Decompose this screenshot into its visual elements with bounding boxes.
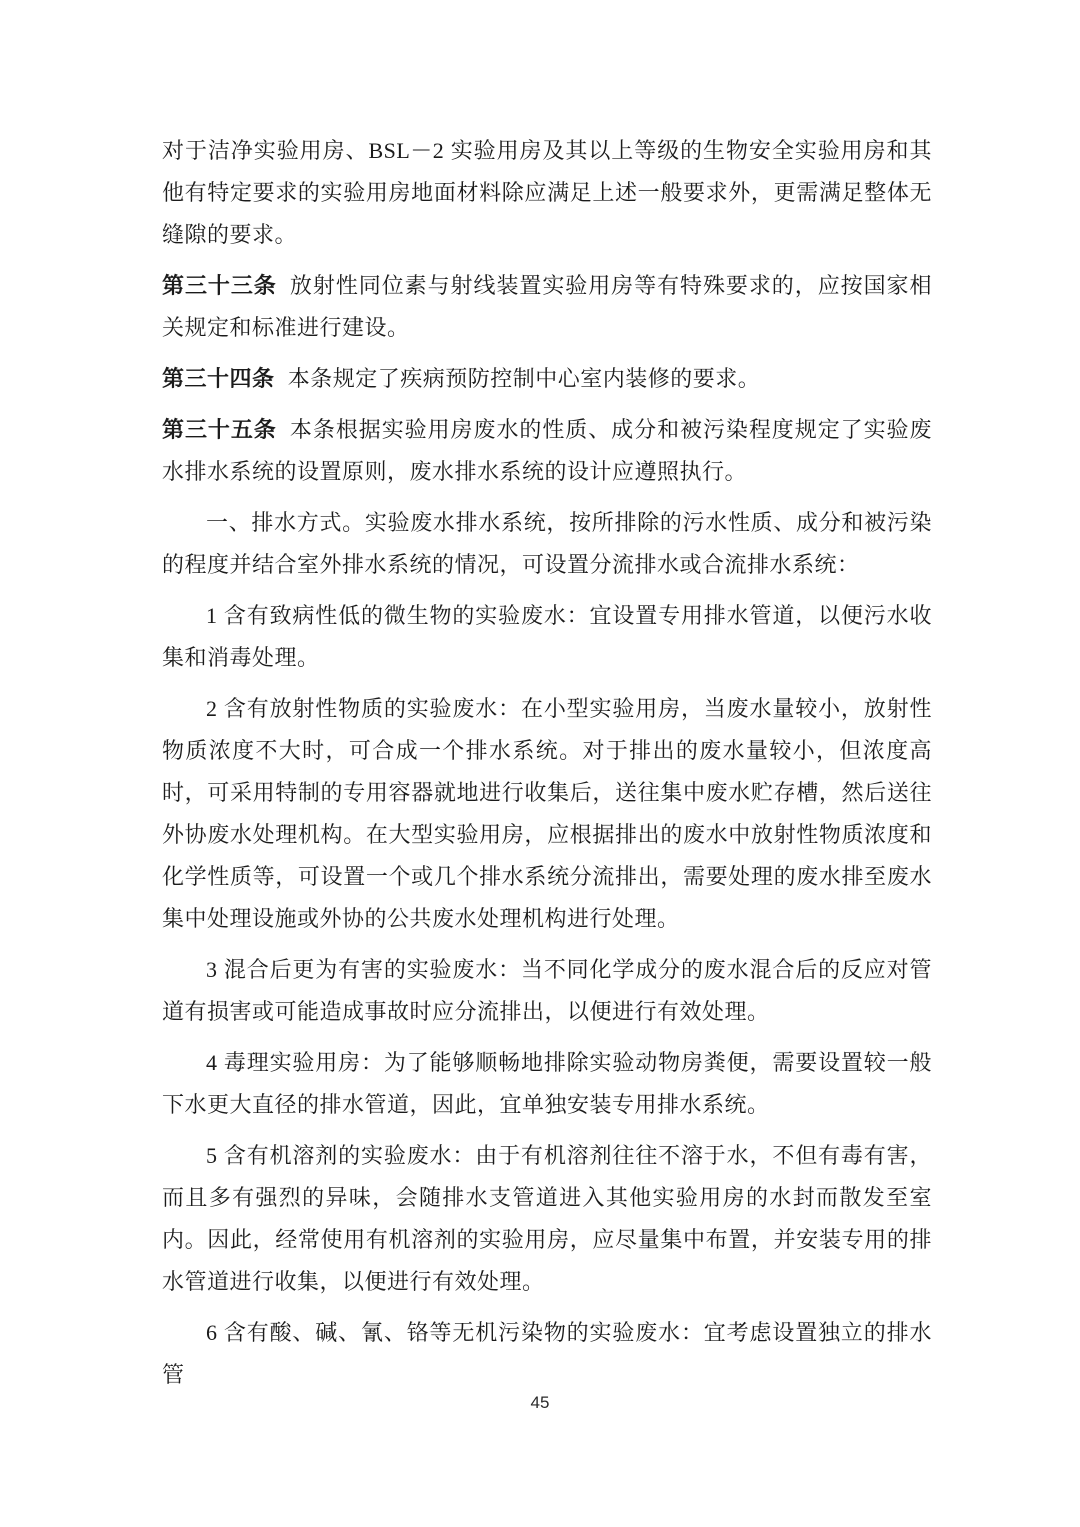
article-label: 第三十五条 bbox=[162, 417, 277, 442]
article-paragraph: 第三十四条本条规定了疾病预防控制中心室内装修的要求。 bbox=[162, 358, 932, 400]
paragraph-text: 本条根据实验用房废水的性质、成分和被污染程度规定了实验废水排水系统的设置原则，废… bbox=[162, 417, 932, 484]
body-paragraph: 1 含有致病性低的微生物的实验废水：宜设置专用排水管道，以便污水收集和消毒处理。 bbox=[162, 595, 932, 679]
paragraph-text: 4 毒理实验用房：为了能够顺畅地排除实验动物房粪便，需要设置较一般下水更大直径的… bbox=[162, 1050, 932, 1117]
body-paragraph: 5 含有机溶剂的实验废水：由于有机溶剂往往不溶于水，不但有毒有害，而且多有强烈的… bbox=[162, 1135, 932, 1303]
paragraph-text: 放射性同位素与射线装置实验用房等有特殊要求的，应按国家相关规定和标准进行建设。 bbox=[162, 273, 932, 340]
body-paragraph: 对于洁净实验用房、BSL－2 实验用房及其以上等级的生物安全实验用房和其他有特定… bbox=[162, 130, 932, 256]
paragraph-text: 一、排水方式。实验废水排水系统，按所排除的污水性质、成分和被污染的程度并结合室外… bbox=[162, 510, 932, 577]
paragraph-text: 本条规定了疾病预防控制中心室内装修的要求。 bbox=[288, 366, 761, 391]
article-paragraph: 第三十五条本条根据实验用房废水的性质、成分和被污染程度规定了实验废水排水系统的设… bbox=[162, 409, 932, 493]
article-label: 第三十四条 bbox=[162, 366, 275, 391]
paragraph-text: 3 混合后更为有害的实验废水：当不同化学成分的废水混合后的反应对管道有损害或可能… bbox=[162, 957, 932, 1024]
body-paragraph: 一、排水方式。实验废水排水系统，按所排除的污水性质、成分和被污染的程度并结合室外… bbox=[162, 502, 932, 586]
article-paragraph: 第三十三条放射性同位素与射线装置实验用房等有特殊要求的，应按国家相关规定和标准进… bbox=[162, 265, 932, 349]
paragraph-text: 2 含有放射性物质的实验废水：在小型实验用房，当废水量较小，放射性物质浓度不大时… bbox=[162, 696, 932, 931]
body-paragraph: 2 含有放射性物质的实验废水：在小型实验用房，当废水量较小，放射性物质浓度不大时… bbox=[162, 688, 932, 940]
page-footer: 45 bbox=[0, 1393, 1080, 1413]
body-paragraph: 3 混合后更为有害的实验废水：当不同化学成分的废水混合后的反应对管道有损害或可能… bbox=[162, 949, 932, 1033]
body-paragraph: 6 含有酸、碱、氰、铬等无机污染物的实验废水：宜考虑设置独立的排水管 bbox=[162, 1312, 932, 1396]
paragraph-text: 6 含有酸、碱、氰、铬等无机污染物的实验废水：宜考虑设置独立的排水管 bbox=[162, 1320, 932, 1387]
paragraph-text: 1 含有致病性低的微生物的实验废水：宜设置专用排水管道，以便污水收集和消毒处理。 bbox=[162, 603, 932, 670]
body-paragraph: 4 毒理实验用房：为了能够顺畅地排除实验动物房粪便，需要设置较一般下水更大直径的… bbox=[162, 1042, 932, 1126]
page-number: 45 bbox=[531, 1393, 550, 1412]
article-label: 第三十三条 bbox=[162, 273, 277, 298]
document-body: 对于洁净实验用房、BSL－2 实验用房及其以上等级的生物安全实验用房和其他有特定… bbox=[0, 0, 1080, 1396]
paragraph-text: 对于洁净实验用房、BSL－2 实验用房及其以上等级的生物安全实验用房和其他有特定… bbox=[162, 138, 932, 247]
paragraph-text: 5 含有机溶剂的实验废水：由于有机溶剂往往不溶于水，不但有毒有害，而且多有强烈的… bbox=[162, 1143, 932, 1294]
